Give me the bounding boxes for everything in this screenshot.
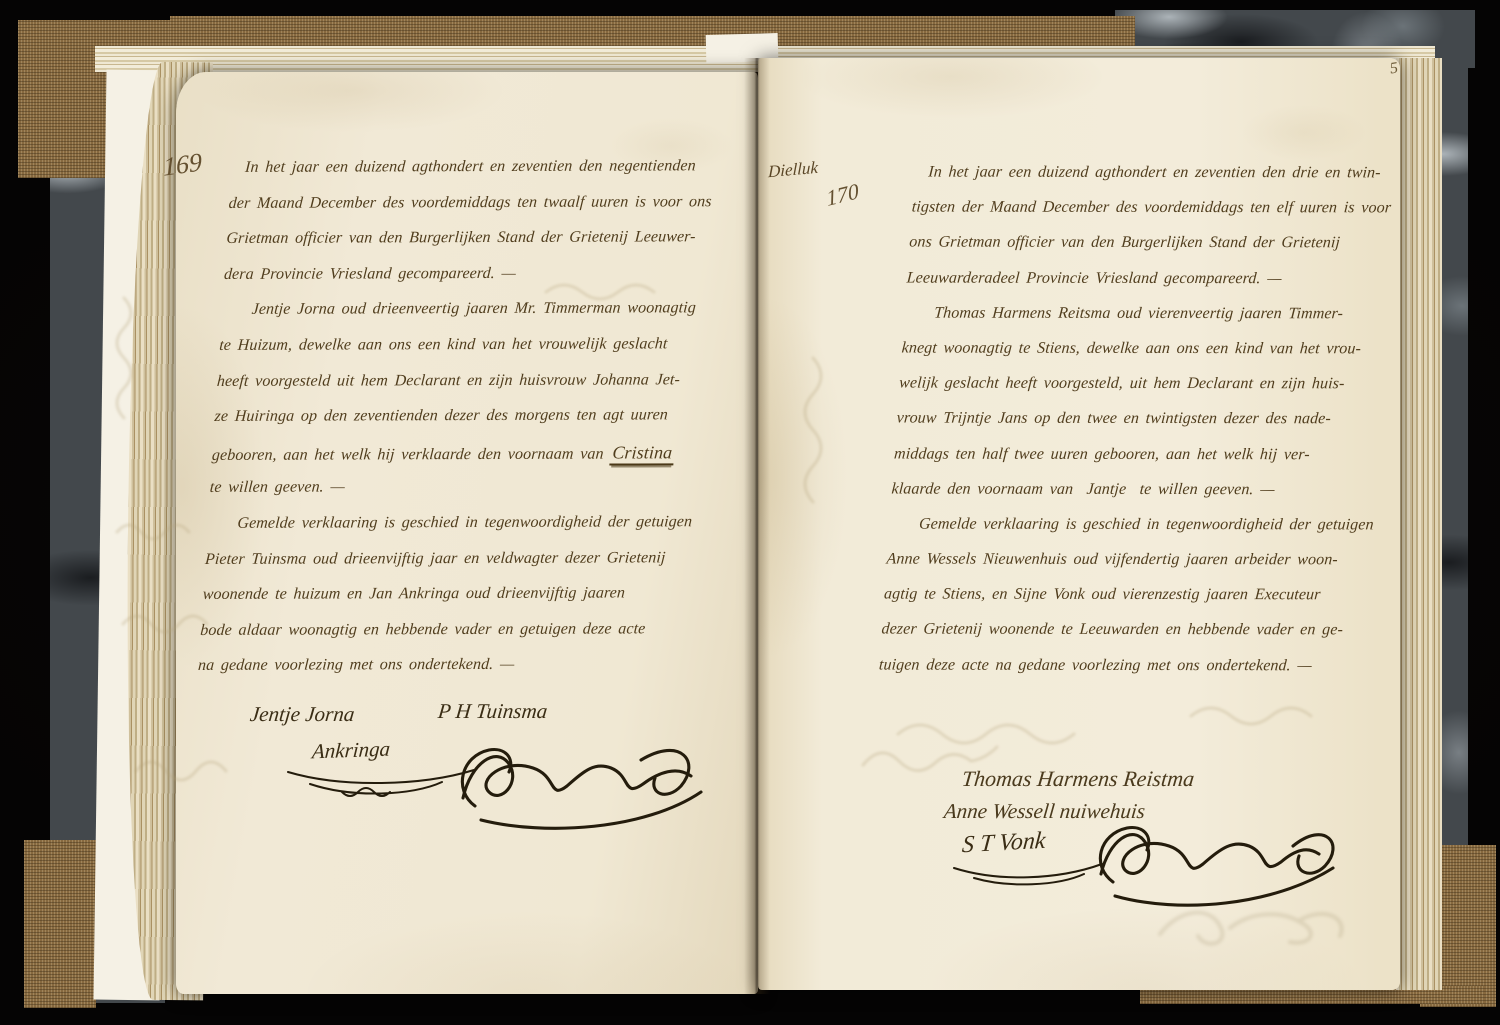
- signature-ankringa: Ankringa: [311, 737, 391, 765]
- show-through-mark: [112, 510, 202, 550]
- photo-of-open-register-book: 169 In het jaar een duizend agthondert e…: [0, 0, 1500, 1025]
- handwritten-line: Thomas Harmens Reitsma oud vierenveertig…: [902, 304, 1434, 340]
- show-through-mark: [1185, 692, 1355, 736]
- entry-number-left: 169: [163, 147, 203, 183]
- handwritten-line: bode aldaar woonagtig en hebbende vader …: [199, 620, 741, 657]
- handwritten-line: ze Huiringa op den zeventienden dezer de…: [213, 406, 755, 443]
- handwritten-line: vrouw Trijntje Jans op den twee en twint…: [895, 410, 1427, 446]
- vonk-signature-flourish: [948, 858, 1108, 888]
- underlined-child-name: Cristina: [610, 442, 675, 465]
- handwritten-line: Leeuwarderadeel Provincie Vriesland geco…: [905, 269, 1437, 305]
- handwritten-line: Grietman officier van den Burgerlijken S…: [225, 228, 767, 265]
- handwritten-line: knegt woonagtig te Stiens, dewelke aan o…: [900, 339, 1432, 375]
- handwritten-line: tigsten der Maand December des voordemid…: [910, 199, 1442, 235]
- show-through-mark: [130, 745, 250, 789]
- handwritten-line: heeft voorgesteld uit hem Declarant en z…: [215, 371, 757, 408]
- handwritten-line: te willen geeven. —: [208, 477, 750, 514]
- handwritten-line: dera Provincie Vriesland gecompareerd. —: [222, 264, 764, 301]
- handwritten-line: Pieter Tuinsma oud drieenvijftig jaar en…: [203, 549, 745, 586]
- handwritten-line: dezer Grietenij woonende te Leeuwarden e…: [880, 621, 1412, 657]
- handwritten-line: Gemelde verklaaring is geschied in tegen…: [887, 515, 1419, 551]
- handwritten-line: klaarde den voornaam van Jantje te wille…: [890, 480, 1422, 516]
- cloth-corner-bottom-left: [24, 840, 96, 1008]
- handwritten-line: ons Grietman officier van den Burgerlijk…: [907, 234, 1439, 270]
- signature-vonk: S T Vonk: [961, 828, 1047, 860]
- handwritten-line: In het jaar een duizend agthondert en ze…: [912, 164, 1444, 200]
- ghost-signature-show-through: [1150, 898, 1360, 953]
- left-page-text: In het jaar een duizend agthondert en ze…: [196, 157, 772, 693]
- signature-ph-tuinsma: P H Tuinsma: [437, 699, 549, 724]
- handwritten-line: der Maand December des voordemiddags ten…: [227, 193, 769, 230]
- handwritten-line: Jentje Jorna oud drieenveertig jaaren Mr…: [220, 299, 762, 336]
- handwritten-line: In het jaar een duizend agthondert en ze…: [229, 157, 771, 194]
- handwritten-line: middags ten half twee uuren gebooren, aa…: [892, 445, 1424, 481]
- handwritten-line: Gemelde verklaaring is geschied in tegen…: [206, 513, 748, 550]
- handwritten-line: tuigen deze acte na gedane voorlezing me…: [877, 656, 1409, 692]
- handwritten-line: woonende te huizum en Jan Ankringa oud d…: [201, 584, 743, 621]
- handwritten-line: Anne Wessels Nieuwenhuis oud vijfenderti…: [885, 551, 1417, 587]
- handwritten-line: gebooren, aan het welk hij verklaarde de…: [210, 442, 752, 479]
- right-page-text: In het jaar een duizend agthondert en ze…: [877, 164, 1445, 693]
- handwritten-line: welijk geslacht heeft voorgesteld, uit h…: [897, 375, 1429, 411]
- signature-jentje-jorna: Jentje Jorna: [249, 702, 356, 727]
- show-through-mark: [104, 290, 144, 440]
- handwritten-line: te Huizum, dewelke aan ons een kind van …: [217, 335, 759, 372]
- handwritten-line: na gedane voorlezing met ons ondertekend…: [196, 655, 738, 692]
- handwritten-line: agtig te Stiens, en Sijne Vonk oud viere…: [882, 586, 1414, 622]
- signature-thomas-harmens-reistma: Thomas Harmens Reistma: [961, 766, 1196, 792]
- show-through-mark: [795, 350, 835, 520]
- grietman-signature-flourish-left: [445, 728, 715, 838]
